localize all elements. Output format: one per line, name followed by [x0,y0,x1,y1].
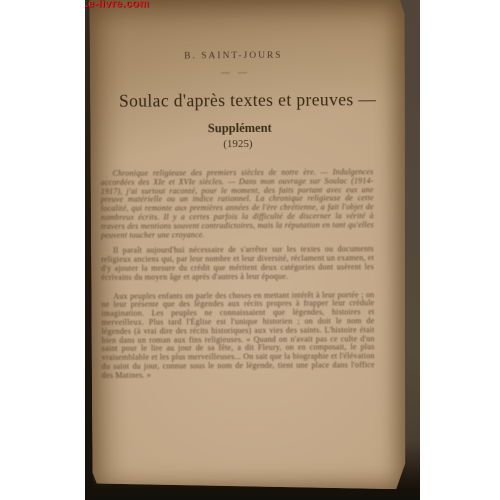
page-title: Soulac d'après textes et preuves — [90,89,405,112]
watermark-text: Le-livre.com [85,0,149,10]
paragraph-1: Chronique religieuse des premiers siècle… [101,168,374,240]
book-photo: B. SAINT-JOURS — — Soulac d'après textes… [85,0,420,500]
paragraph-3: Aux peuples enfants on parle des choses … [101,291,375,381]
decorative-rule: — — [85,66,393,78]
screenshot-stage: B. SAINT-JOURS — — Soulac d'après textes… [0,0,500,500]
author-name: B. SAINT-JOURS [85,50,391,62]
book-page: B. SAINT-JOURS — — Soulac d'après textes… [90,0,408,491]
page-subtitle: Supplément [85,120,397,137]
body-text-block: Chronique religieuse des premiers siècle… [101,168,375,387]
publication-year: (1925) [85,137,395,151]
paragraph-2: Il paraît aujourd'hui nécessaire de s'ar… [101,246,374,283]
